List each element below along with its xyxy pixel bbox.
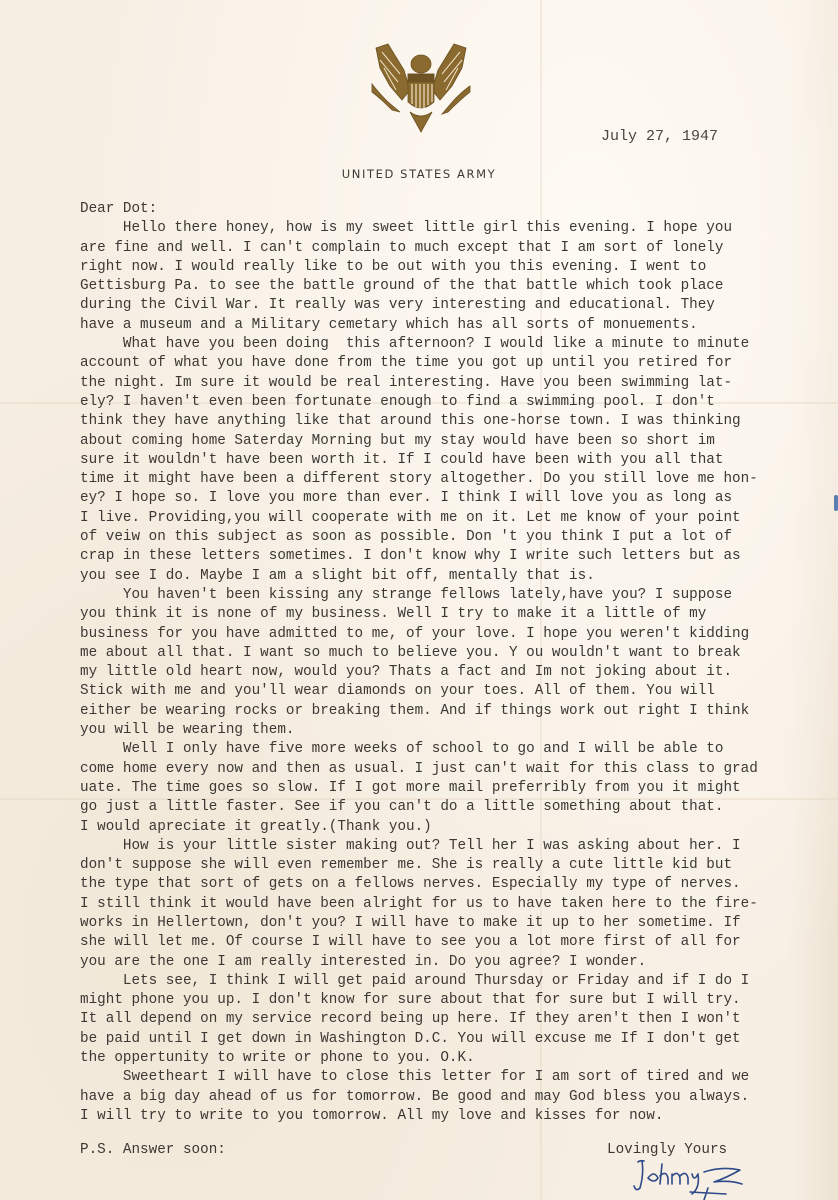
letter-line: Gettisburg Pa. to see the battle ground … bbox=[80, 277, 838, 296]
letter-line: What have you been doing this afternoon?… bbox=[80, 335, 838, 354]
letter-line: I will try to write to you tomorrow. All… bbox=[80, 1107, 838, 1126]
letter-line: you see I do. Maybe I am a slight bit of… bbox=[80, 567, 838, 586]
letter-line: my little old heart now, would you? That… bbox=[80, 663, 838, 682]
letter-line: How is your little sister making out? Te… bbox=[80, 837, 838, 856]
letter-line: Lets see, I think I will get paid around… bbox=[80, 972, 838, 991]
letter-line: are fine and well. I can't complain to m… bbox=[80, 239, 838, 258]
letter-line: don't suppose she will even remember me.… bbox=[80, 856, 838, 875]
letter-line: go just a little faster. See if you can'… bbox=[80, 798, 838, 817]
letter-line: have a museum and a Military cemetary wh… bbox=[80, 316, 838, 335]
paper-edge-ink-mark bbox=[834, 495, 838, 511]
letter-line: the night. Im sure it would be real inte… bbox=[80, 374, 838, 393]
letter-line: ey? I hope so. I love you more than ever… bbox=[80, 489, 838, 508]
letter-line: I live. Providing,you will cooperate wit… bbox=[80, 509, 838, 528]
letter-line: I still think it would have been alright… bbox=[80, 895, 838, 914]
letter-line: works in Hellertown, don't you? I will h… bbox=[80, 914, 838, 933]
letter-line: Hello there honey, how is my sweet littl… bbox=[80, 219, 838, 238]
army-eagle-emblem-icon bbox=[366, 40, 476, 140]
letter-line: sure it wouldn't have been worth it. If … bbox=[80, 451, 838, 470]
letter-line: you will be wearing them. bbox=[80, 721, 838, 740]
letter-line: You haven't been kissing any strange fel… bbox=[80, 586, 838, 605]
letter-line: ely? I haven't even been fortunate enoug… bbox=[80, 393, 838, 412]
letter-line: be paid until I get down in Washington D… bbox=[80, 1030, 838, 1049]
letter-line: during the Civil War. It really was very… bbox=[80, 296, 838, 315]
letter-line: me about all that. I want so much to bel… bbox=[80, 644, 838, 663]
closing-salutation: Lovingly Yours bbox=[607, 1142, 727, 1158]
letter-line: uate. The time goes so slow. If I got mo… bbox=[80, 779, 838, 798]
letter-line: It all depend on my service record being… bbox=[80, 1010, 838, 1029]
letter-line: have a big day ahead of us for tomorrow.… bbox=[80, 1088, 838, 1107]
letter-line: the type that sort of gets on a fellows … bbox=[80, 875, 838, 894]
letter-line: of veiw on this subject as soon as possi… bbox=[80, 528, 838, 547]
letter-line: the oppertunity to write or phone to you… bbox=[80, 1049, 838, 1068]
postscript: P.S. Answer soon: bbox=[80, 1142, 226, 1158]
handwritten-signature bbox=[630, 1158, 770, 1200]
letter-line: business for you have admitted to me, of… bbox=[80, 625, 838, 644]
letter-line: she will let me. Of course I will have t… bbox=[80, 933, 838, 952]
letter-body: Dear Dot: Hello there honey, how is my s… bbox=[80, 200, 838, 1126]
letter-line: time it might have been a different stor… bbox=[80, 470, 838, 489]
letter-line: Well I only have five more weeks of scho… bbox=[80, 740, 838, 759]
letter-line: about coming home Saterday Morning but m… bbox=[80, 432, 838, 451]
letter-date: July 27, 1947 bbox=[601, 128, 718, 145]
letter-line: come home every now and then as usual. I… bbox=[80, 760, 838, 779]
letter-line: Sweetheart I will have to close this let… bbox=[80, 1068, 838, 1087]
letter-line: might phone you up. I don't know for sur… bbox=[80, 991, 838, 1010]
letterhead-organization: UNITED STATES ARMY bbox=[300, 167, 538, 181]
letter-line: either be wearing rocks or breaking them… bbox=[80, 702, 838, 721]
salutation: Dear Dot: bbox=[80, 200, 838, 219]
letter-line: you think it is none of my business. Wel… bbox=[80, 605, 838, 624]
letter-line: Stick with me and you'll wear diamonds o… bbox=[80, 682, 838, 701]
letter-line: think they have anything like that aroun… bbox=[80, 412, 838, 431]
letter-line: right now. I would really like to be out… bbox=[80, 258, 838, 277]
letter-line: crap in these letters sometimes. I don't… bbox=[80, 547, 838, 566]
letter-line: I would apreciate it greatly.(Thank you.… bbox=[80, 818, 838, 837]
letter-line: account of what you have done from the t… bbox=[80, 354, 838, 373]
letter-line: you are the one I am really interested i… bbox=[80, 953, 838, 972]
